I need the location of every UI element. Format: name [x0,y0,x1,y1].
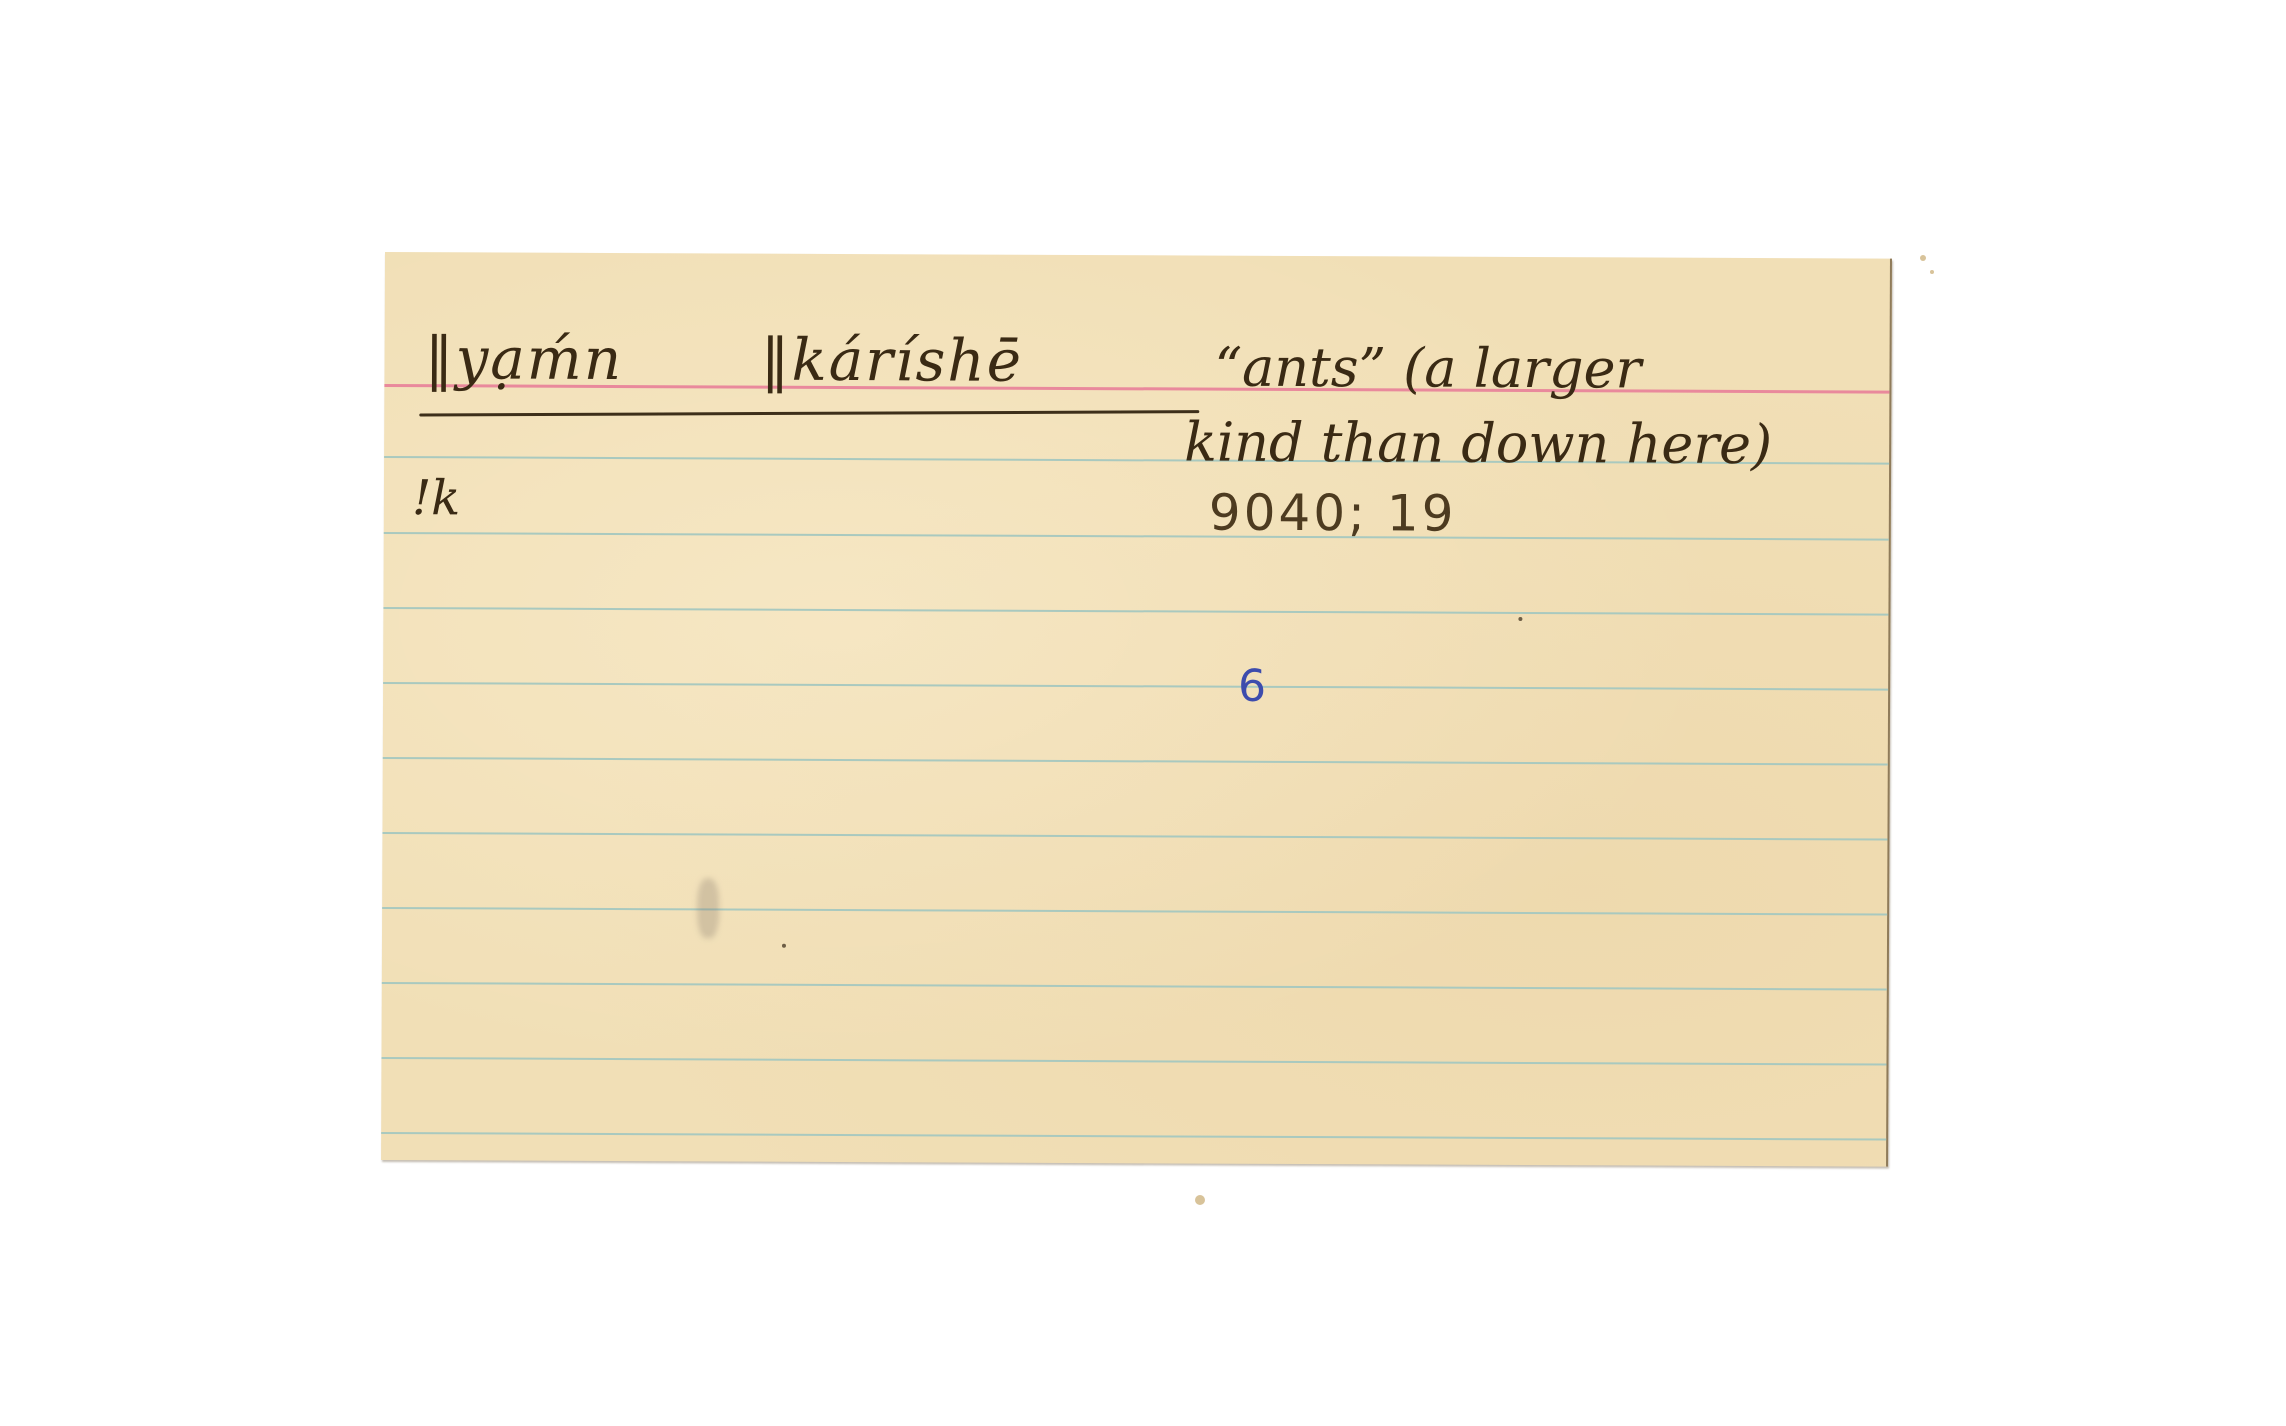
headword-second: ‖káríshē [760,326,1023,395]
smudge-mark [697,878,719,938]
blue-rule [383,607,1888,616]
gloss-line-1: “ants” (a larger [1214,336,1641,401]
language-code: !k [412,470,461,526]
blue-rule [384,532,1889,541]
blue-rule [382,832,1887,841]
blue-rule [381,1057,1886,1066]
blue-pencil-mark: 6 [1238,661,1266,712]
dust-speck [1195,1195,1205,1205]
index-card: ‖yạḿn ‖káríshē “ants” (a larger kind tha… [381,252,1892,1167]
dust-speck [1930,270,1934,274]
headword-first: ‖yạḿn [424,324,623,393]
paper-speck [1518,617,1522,621]
blue-rule [383,682,1888,691]
blue-rule [382,982,1887,991]
blue-rule [383,757,1888,766]
reference-number: 9040; 19 [1209,484,1457,543]
blue-rule [381,1132,1886,1141]
blue-rule [382,907,1887,916]
gloss-line-2: kind than down here) [1184,410,1772,476]
headword-underline [419,410,1199,416]
dust-speck [1920,255,1926,261]
paper-speck [782,944,786,948]
